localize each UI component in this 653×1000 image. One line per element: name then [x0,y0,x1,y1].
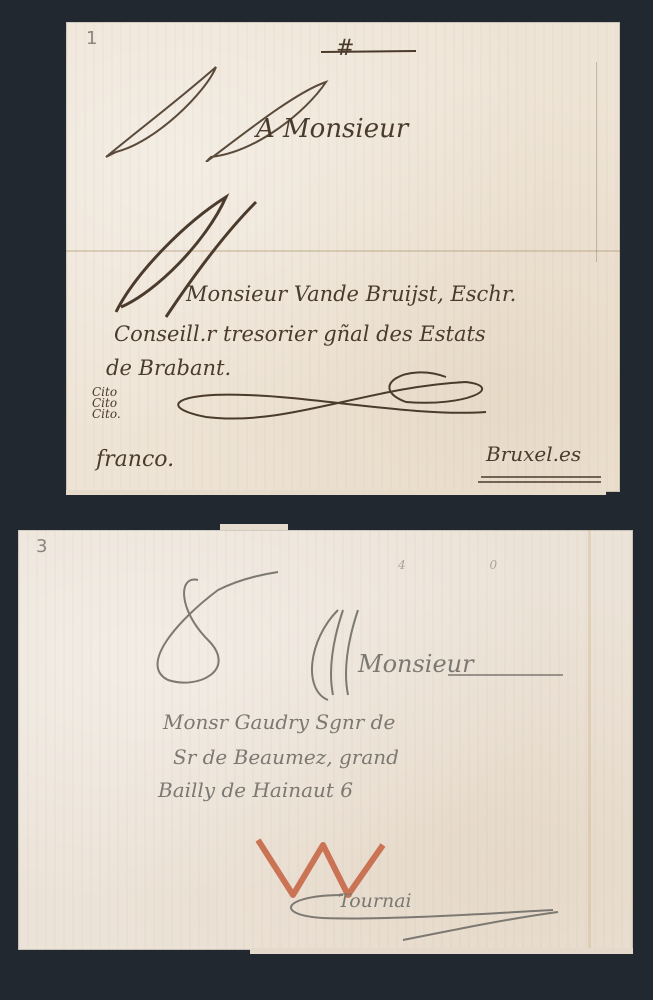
rate-mark-8 [138,570,288,690]
letter-2-bottom-flap [250,948,633,954]
salutation-tail [448,670,568,680]
index-mark: 3 [36,536,47,557]
postal-note: franco. [96,447,174,472]
address-line-1: Monsr Gaudry Sgnr de [163,710,395,734]
address-line-3: Bailly de Hainaut 6 [158,778,353,802]
underline-flourish [166,367,506,447]
fold-edge [588,530,591,950]
index-mark: 1 [86,28,97,49]
destination-underline [476,474,606,486]
destination: Bruxel.es [486,442,581,466]
cito-note: Cito Cito Cito. [92,387,122,420]
address-line-2: Conseill.r tresorier gñal des Estats [114,322,486,346]
fold-edge [596,62,597,262]
salutation-flourish [96,62,336,162]
letter-cover-1: 1 # A Monsieur Monsieur Vande Bruijst, E… [66,22,620,492]
address-line-2: Sr de Beaumez, grand [173,745,399,769]
salutation: A Monsieur [256,114,408,144]
destination-flourish [263,890,563,950]
letter-1-bottom-flap [66,490,606,495]
top-stroke [321,48,421,56]
letter-cover-2: 3 4 0 Monsieur Monsr Gaudry Sgnr de Sr d… [18,530,633,950]
faint-marks: 4 0 [398,558,537,572]
address-line-1: Monsieur Vande Bruijst, Eschr. [186,282,516,306]
